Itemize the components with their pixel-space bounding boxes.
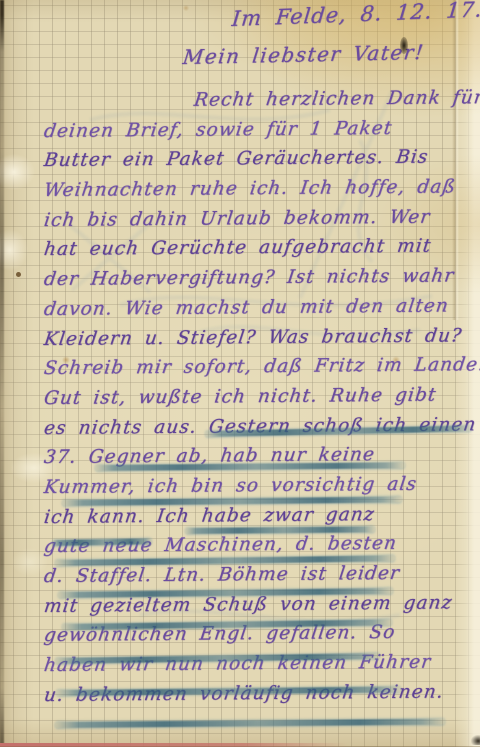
- handwriting-line: davon. Wie machst du mit den alten: [42, 291, 480, 325]
- handwriting-line: Kummer, ich bin so vorsichtig als: [42, 469, 480, 503]
- handwriting-line: gute neue Maschinen, d. besten: [42, 528, 480, 562]
- scan-speck: [16, 272, 21, 277]
- handwriting-line: Schreib mir sofort, daß Fritz im Lande.: [42, 350, 480, 384]
- handwriting-line: gewöhnlichen Engl. gefallen. So: [42, 618, 480, 652]
- handwriting-line: es nichts aus. Gestern schoß ich einen: [42, 410, 480, 444]
- handwriting-line: Recht herzlichen Dank für: [42, 83, 480, 117]
- letter-body: Recht herzlichen Dank fürdeinen Brief, s…: [44, 87, 480, 710]
- handwriting-line: d. Staffel. Ltn. Böhme ist leider: [42, 558, 480, 592]
- scan-speck: [471, 735, 480, 745]
- handwriting-line: 37. Gegner ab, hab nur keine: [42, 439, 480, 473]
- letter-salutation: Mein liebster Vater!: [182, 40, 426, 69]
- handwriting-line: Kleidern u. Stiefel? Was brauchst du?: [42, 321, 480, 355]
- handwriting-line: mit gezieltem Schuß von einem ganz: [42, 588, 480, 622]
- handwriting-line: Butter ein Paket Geräuchertes. Bis: [42, 143, 480, 177]
- handwriting-line: Weihnachten ruhe ich. Ich hoffe, daß: [42, 172, 480, 206]
- scan-edge-left: [0, 0, 4, 747]
- scan-speck: [400, 37, 408, 54]
- letter-scan-page: Im Felde, 8. 12. 17. Mein liebster Vater…: [0, 0, 480, 747]
- handwriting-line: ich bis dahin Urlaub bekomm. Wer: [42, 202, 480, 236]
- handwriting-line: deinen Brief, sowie für 1 Paket: [42, 113, 480, 147]
- handwriting-line: u. bekommen vorläufig noch keinen.: [42, 677, 480, 711]
- handwriting-line: hat euch Gerüchte aufgebracht mit: [42, 232, 480, 266]
- handwriting-line: Gut ist, wußte ich nicht. Ruhe gibt: [42, 380, 480, 414]
- handwriting-line: der Habervergiftung? Ist nichts wahr: [42, 261, 480, 295]
- handwriting-line: haben wir nun noch keinen Führer: [42, 647, 480, 681]
- handwriting-line: ich kann. Ich habe zwar ganz: [42, 499, 480, 533]
